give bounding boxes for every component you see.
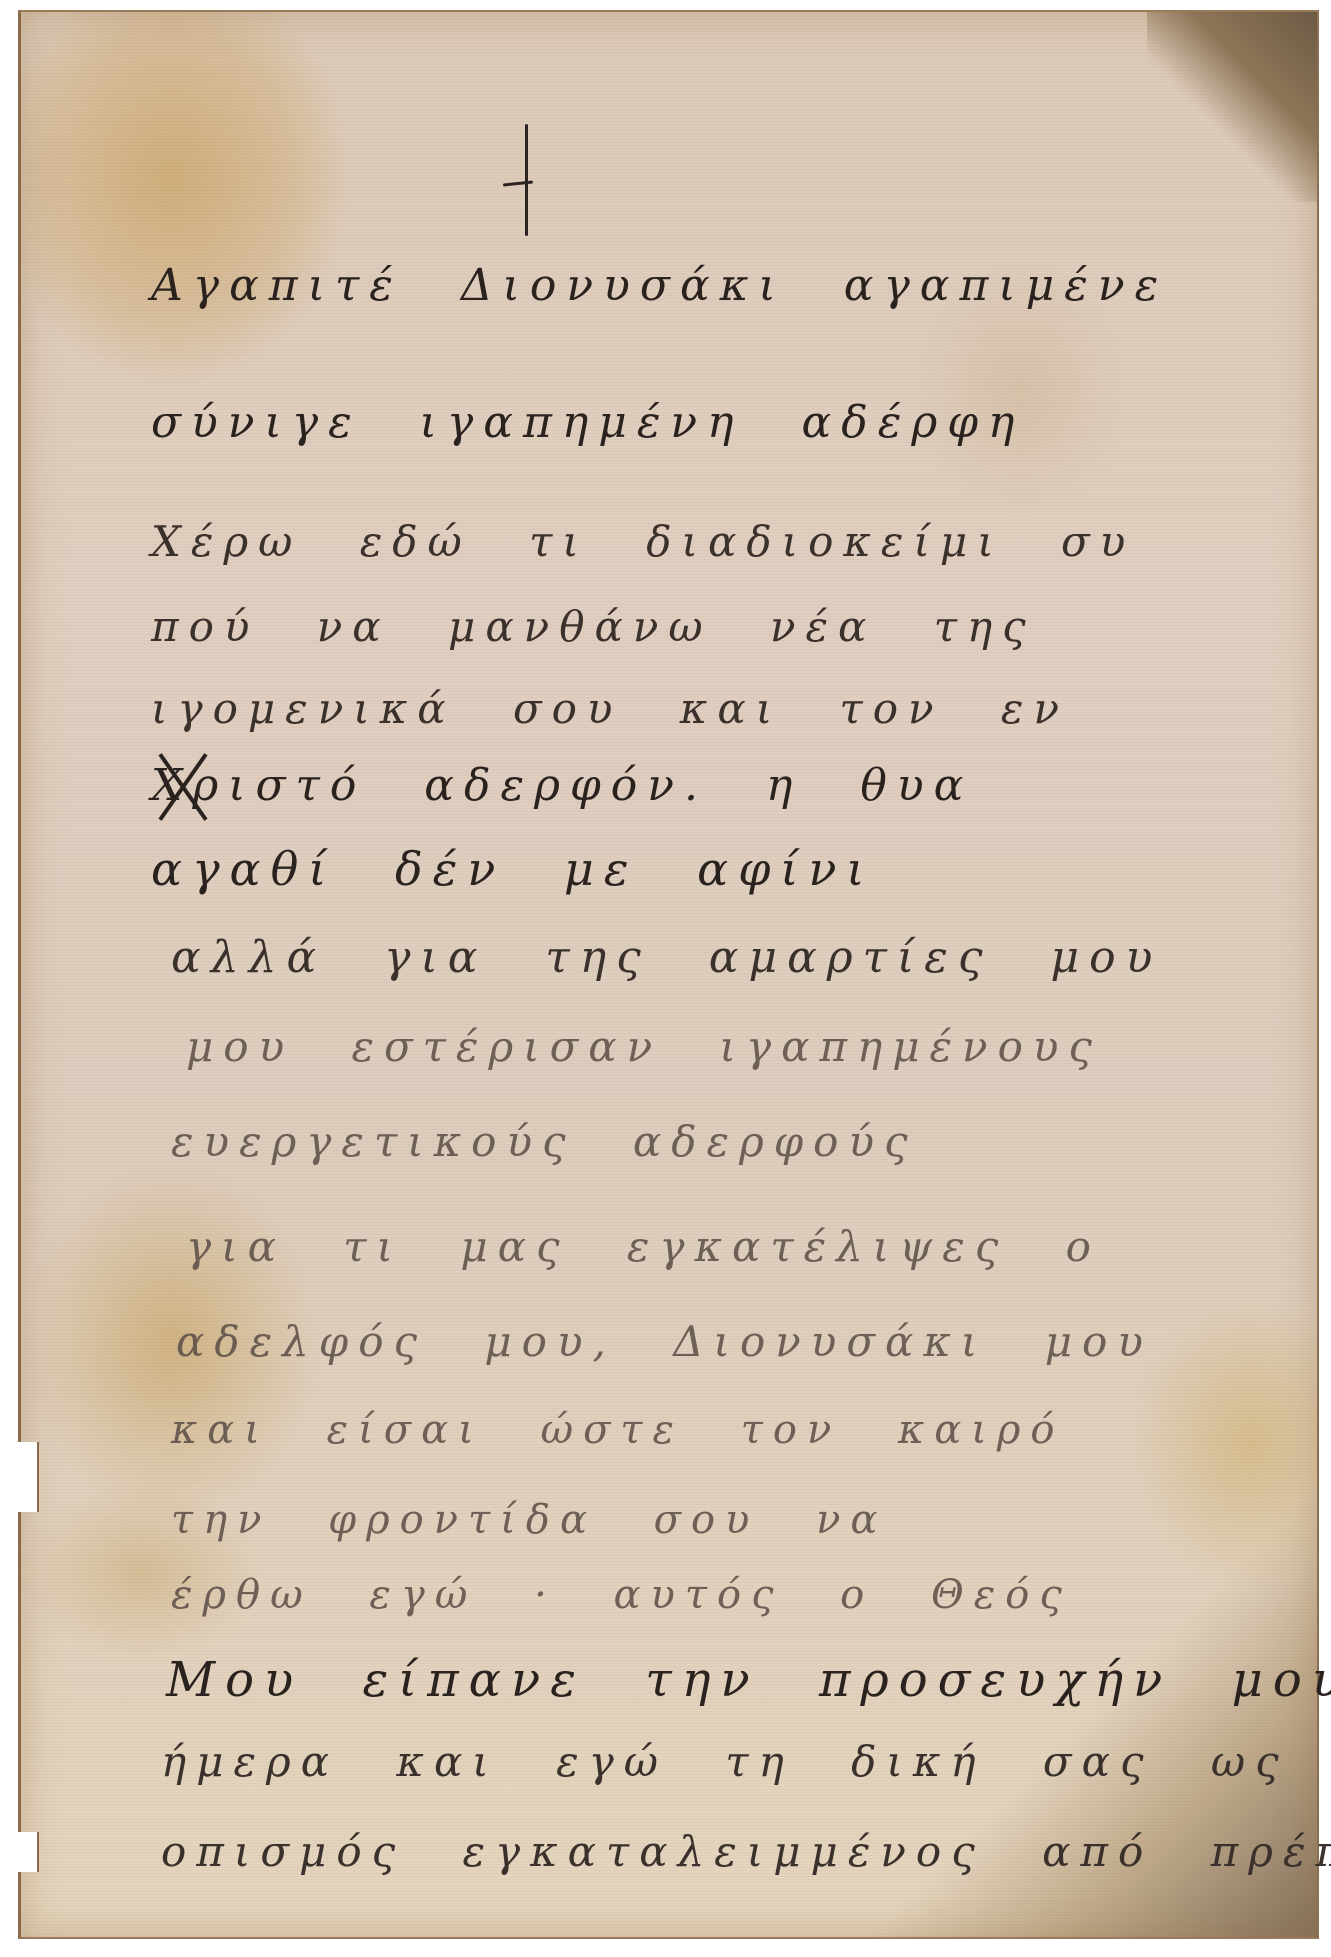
folded-corner <box>1147 12 1317 202</box>
letter-line-4: πού να μανθάνω νέα της <box>151 602 1036 651</box>
letter-line-6: Χριστό αδερφόν. η θυα <box>151 760 973 811</box>
torn-edge <box>15 1832 39 1872</box>
letter-line-1: Αγαπιτέ Διονυσάκι αγαπιμένε <box>151 260 1168 311</box>
letter-line-11: για τι μας εγκατέλιψες ο <box>186 1222 1101 1271</box>
letter-line-17: ήμερα και εγώ τη δική σας ως <box>161 1737 1289 1786</box>
letter-line-2: σύνιγε ιγαπημένη αδέρφη <box>151 397 1024 448</box>
letter-line-16: Μου είπανε την προσευχήν μου <box>166 1652 1331 1708</box>
letter-line-15: έρθω εγώ · αυτός ο Θεός <box>171 1572 1072 1618</box>
letter-line-8: αλλά για της αμαρτίες μου <box>171 932 1162 983</box>
letter-page: Αγαπιτέ Διονυσάκι αγαπιμένε σύνιγε ιγαπη… <box>18 10 1319 1939</box>
torn-edge <box>15 1442 39 1512</box>
letter-line-5: ιγομενικά σου και τον εν <box>151 684 1069 733</box>
letter-line-18: οπισμός εγκαταλειμμένος από πρέπει <box>161 1827 1331 1876</box>
letter-line-13: και είσαι ώστε τον καιρό <box>171 1407 1065 1453</box>
letter-line-10: ευεργετικούς αδερφούς <box>171 1117 918 1166</box>
letter-line-7: αγαθί δέν με αφίνι <box>151 842 874 896</box>
letter-line-12: αδελφός μου, Διονυσάκι μου <box>176 1317 1153 1366</box>
letter-line-9: μου εστέρισαν ιγαπημένους <box>186 1022 1102 1071</box>
letter-line-14: την φροντίδα σου να <box>171 1497 887 1543</box>
cross-icon <box>501 124 551 244</box>
letter-line-3: Χέρω εδώ τι διαδιοκείμι συ <box>151 517 1135 566</box>
